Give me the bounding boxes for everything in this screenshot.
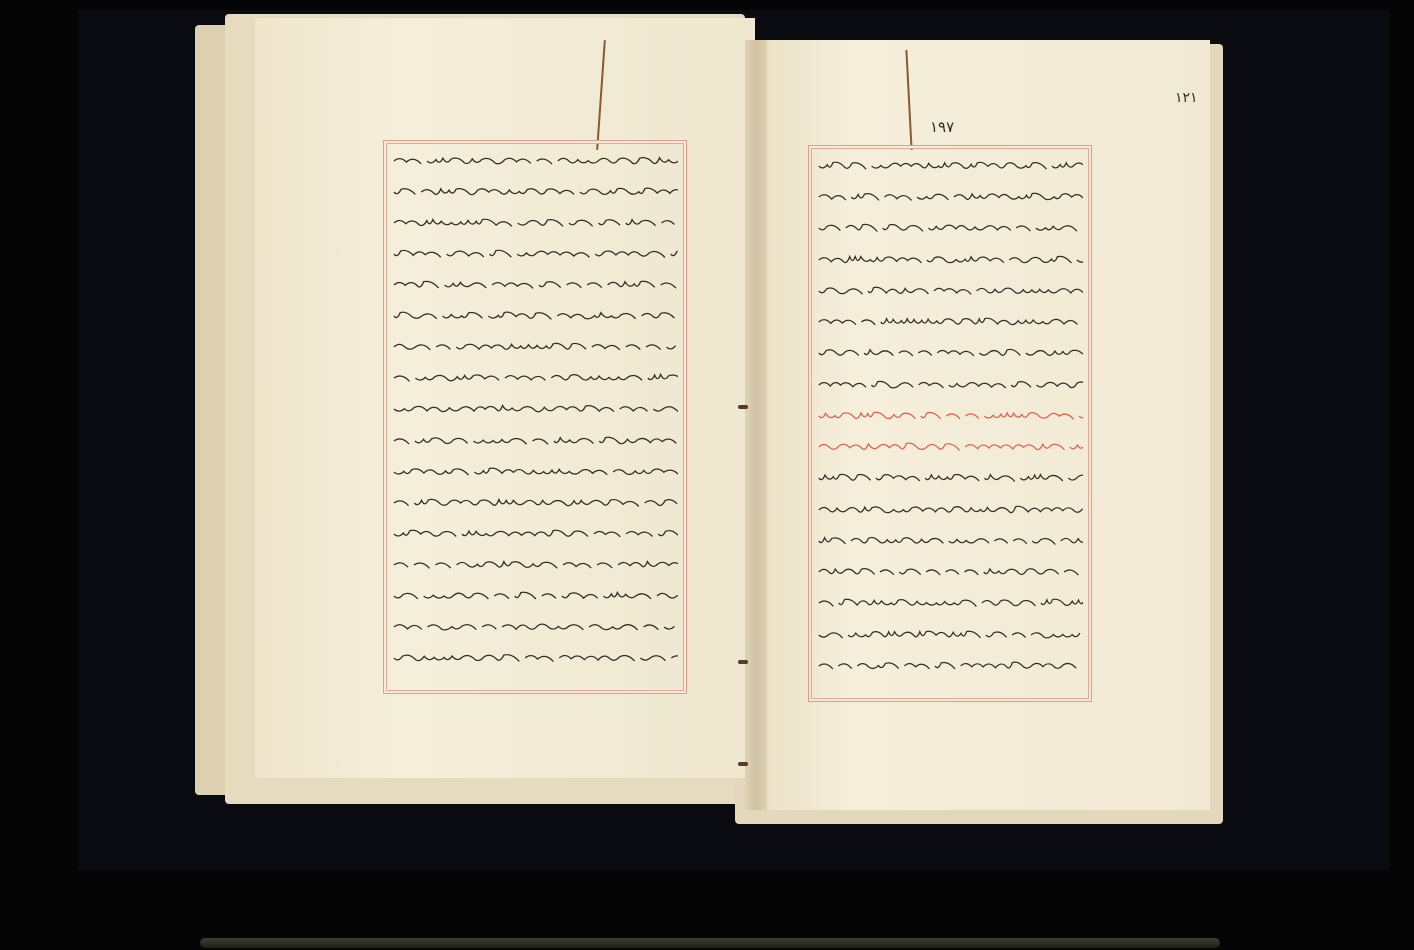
manuscript-text-line [817, 533, 1083, 547]
manuscript-text-line [392, 619, 678, 633]
binding-thread [738, 405, 748, 409]
manuscript-text-line [817, 252, 1083, 266]
manuscript-text-line [392, 246, 678, 260]
manuscript-text-line [392, 433, 678, 447]
manuscript-text-line [392, 526, 678, 540]
manuscript-text-line [817, 470, 1083, 484]
manuscript-text-line [392, 495, 678, 509]
left-text-block [383, 140, 687, 694]
manuscript-text-line [392, 215, 678, 229]
manuscript-text-line [817, 158, 1083, 172]
manuscript-text-line [392, 184, 678, 198]
manuscript-text-line [392, 588, 678, 602]
manuscript-text-line [817, 283, 1083, 297]
manuscript-text-line [392, 339, 678, 353]
manuscript-text-line [817, 564, 1083, 578]
manuscript-text-line [817, 377, 1083, 391]
manuscript-text-line [392, 464, 678, 478]
manuscript-text-line [392, 401, 678, 415]
manuscript-text-line [817, 220, 1083, 234]
manuscript-text-line [817, 595, 1083, 609]
manuscript-text-line [817, 189, 1083, 203]
manuscript-text-line [817, 314, 1083, 328]
corner-folio-number: ١٢١ [1175, 90, 1198, 106]
manuscript-text-line [392, 650, 678, 664]
manuscript-text-line [817, 345, 1083, 359]
manuscript-text-line [817, 439, 1083, 453]
manuscript-text-line [817, 502, 1083, 516]
manuscript-text-line [392, 308, 678, 322]
bottom-edge-strip [200, 938, 1220, 948]
manuscript-text-line [817, 658, 1083, 672]
manuscript-text-line [817, 627, 1083, 641]
binding-thread [738, 660, 748, 664]
manuscript-text-line [392, 153, 678, 167]
manuscript-text-line [392, 370, 678, 384]
book-gutter [745, 40, 767, 810]
binding-thread [738, 762, 748, 766]
folio-number: ١٩٧ [930, 118, 954, 136]
manuscript-text-line [817, 408, 1083, 422]
manuscript-text-line [392, 557, 678, 571]
manuscript-text-line [392, 277, 678, 291]
right-text-block [808, 145, 1092, 702]
